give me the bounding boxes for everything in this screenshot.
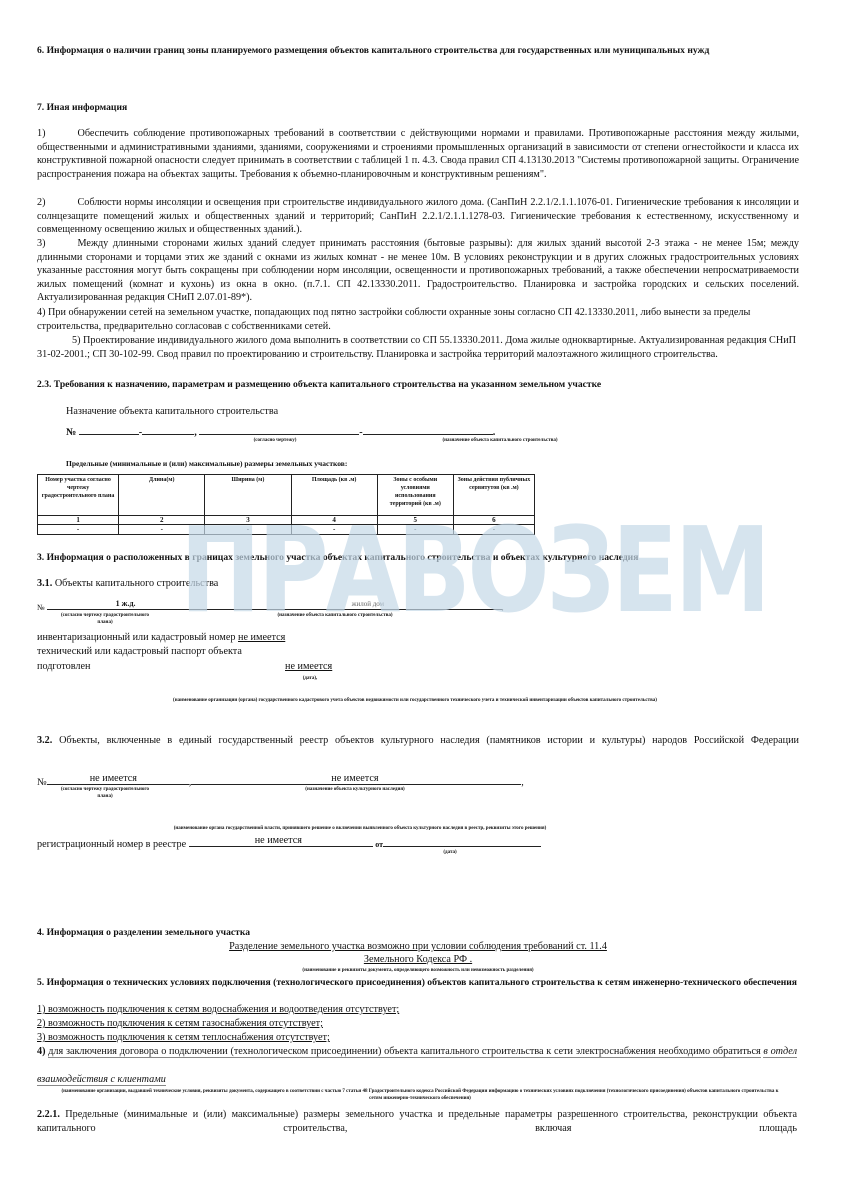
section-7-item-4: 4) При обнаружении сетей на земельном уч… — [37, 306, 799, 333]
caption-heritage-org: (наименование органа государственной вла… — [70, 825, 650, 832]
section-3-heading: 3. Информация о расположенных в границах… — [37, 551, 737, 564]
table-header-cell: Номер участка согласно чертежу градостро… — [38, 475, 119, 516]
caption-registry-date: (дата) — [435, 849, 465, 856]
section-7-item-1: 1)Обеспечить соблюдение противопожарных … — [37, 127, 799, 181]
table-header-cell: Ширина (м) — [205, 475, 291, 516]
division-line-2: Земельного Кодекса РФ . — [37, 953, 799, 967]
section-7-heading: 7. Иная информация — [37, 101, 127, 114]
table-header-cell: Длина(м) — [119, 475, 205, 516]
registry-number-field[interactable]: не имеется — [189, 836, 373, 847]
purpose-field-a[interactable] — [199, 424, 359, 435]
table-title: Предельные (минимальные и (или) максимал… — [66, 459, 347, 468]
section-6-heading: 6. Информация о наличии границ зоны план… — [37, 44, 802, 57]
caption-division: (наименование и реквизиты документа, опр… — [37, 967, 799, 974]
caption-heritage-drawing: (согласно чертежу градостроительного пла… — [55, 786, 155, 800]
prepared-label: подготовлен — [37, 660, 90, 674]
document-page: 6. Информация о наличии границ зоны план… — [0, 0, 842, 1191]
utility-item-4-cont: взаимодействия с клиентами — [37, 1073, 166, 1087]
section-3-2-title: 3.2. Объекты, включенные в единый госуда… — [37, 734, 799, 748]
purpose-field-b[interactable] — [363, 424, 493, 435]
table-header-row: Номер участка согласно чертежу градостро… — [38, 475, 535, 516]
utility-item-4: 4) для заключения договора о подключении… — [37, 1045, 797, 1059]
section-7-item-2: 2)Соблюсти нормы инсоляции и освещения п… — [37, 196, 799, 237]
drawing-number-field-b[interactable] — [142, 424, 194, 435]
land-dimensions-table: Номер участка согласно чертежу градостро… — [37, 474, 535, 535]
registry-date-field[interactable] — [383, 836, 541, 847]
utility-item-1: 1) возможность подключения к сетям водос… — [37, 1003, 399, 1017]
caption-drawing: (согласно чертежу) — [215, 437, 335, 444]
section-2-3-heading: 2.3. Требования к назначению, параметрам… — [37, 378, 601, 391]
registry-number-line: регистрационный номер в реестре не имеет… — [37, 836, 557, 852]
section-3-1-title: 3.1. Объекты капитального строительства — [37, 577, 218, 591]
caption-object-purpose: (назначение объекта капитального строите… — [235, 612, 435, 619]
purpose-label: Назначение объекта капитального строител… — [66, 405, 278, 419]
caption-utility-org: (наименование организации, выдавшей техн… — [60, 1088, 780, 1102]
division-line-1: Разделение земельного участка возможно п… — [37, 940, 799, 954]
object-number-field[interactable]: 1 ж.д. жилой дом — [47, 600, 502, 610]
table-header-cell: Площадь (кв .м) — [291, 475, 377, 516]
table-row: - - - - - - — [38, 525, 535, 535]
section-7-item-3: 3)Между длинными сторонами жилых зданий … — [37, 237, 799, 305]
section-7-item-5: 5) Проектирование индивидуального жилого… — [37, 334, 799, 361]
caption-heritage-object: (назначение объекта культурного наследия… — [270, 786, 440, 793]
drawing-number-field-a[interactable] — [79, 424, 139, 435]
utility-item-3: 3) возможность подключения к сетям тепло… — [37, 1031, 330, 1045]
caption-org-cadastral: (наименование организации (органа) госуд… — [95, 697, 735, 704]
section-4-heading: 4. Информация о разделении земельного уч… — [37, 926, 250, 939]
section-2-2-1: 2.2.1. Предельные (минимальные и (или) м… — [37, 1108, 797, 1135]
caption-drawing-plan: (согласно чертежу градостроительного пла… — [55, 612, 155, 626]
caption-date: (дата), — [290, 675, 330, 682]
object-number-line: № 1 ж.д. жилой дом , — [37, 600, 537, 612]
table-header-cell: Зоны действия публичных сервитутов (кв .… — [453, 475, 534, 516]
utility-item-2: 2) возможность подключения к сетям газос… — [37, 1017, 323, 1031]
passport-label: технический или кадастровый паспорт объе… — [37, 645, 242, 659]
section-5-heading: 5. Информация о технических условиях под… — [37, 976, 797, 989]
caption-object-name: (назначение объекта капитального строите… — [400, 437, 600, 444]
prepared-value: не имеется — [285, 660, 332, 674]
heritage-object-field[interactable]: не имеется — [191, 774, 521, 785]
heritage-drawing-field[interactable]: не имеется — [47, 774, 189, 785]
table-header-cell: Зоны с особыми условиями использования т… — [377, 475, 453, 516]
table-row: 1 2 3 4 5 6 — [38, 516, 535, 525]
inventory-number-line: инвентаризационный или кадастровый номер… — [37, 631, 285, 645]
